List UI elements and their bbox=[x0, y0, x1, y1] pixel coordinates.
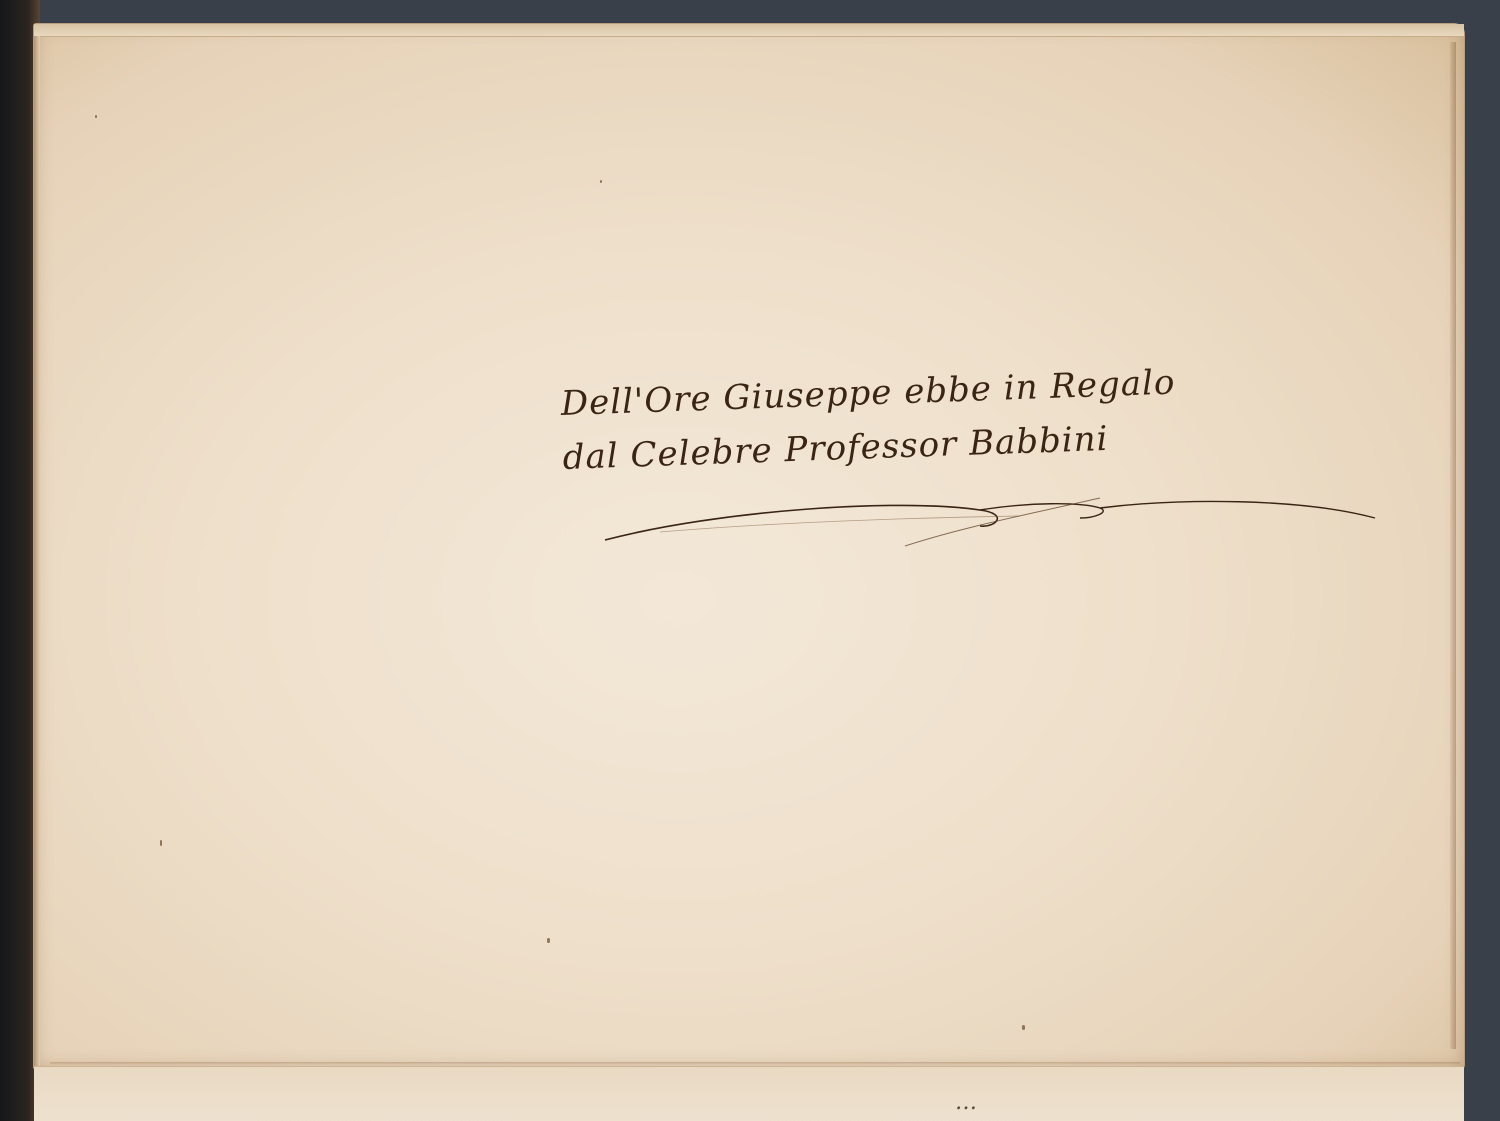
underline-flourish-icon bbox=[600, 488, 1390, 558]
page-edge-left bbox=[34, 36, 40, 1066]
ink-spot bbox=[547, 938, 550, 943]
next-page-writing-fragment: … bbox=[955, 1090, 977, 1115]
paper-fleck bbox=[160, 840, 162, 846]
ink-spot bbox=[1022, 1025, 1025, 1030]
paper-fleck bbox=[95, 115, 97, 118]
page-fold bbox=[50, 1062, 1460, 1065]
next-page-edge bbox=[34, 1066, 1464, 1121]
paper-fleck bbox=[600, 180, 602, 183]
dark-background-right bbox=[1468, 0, 1500, 1121]
